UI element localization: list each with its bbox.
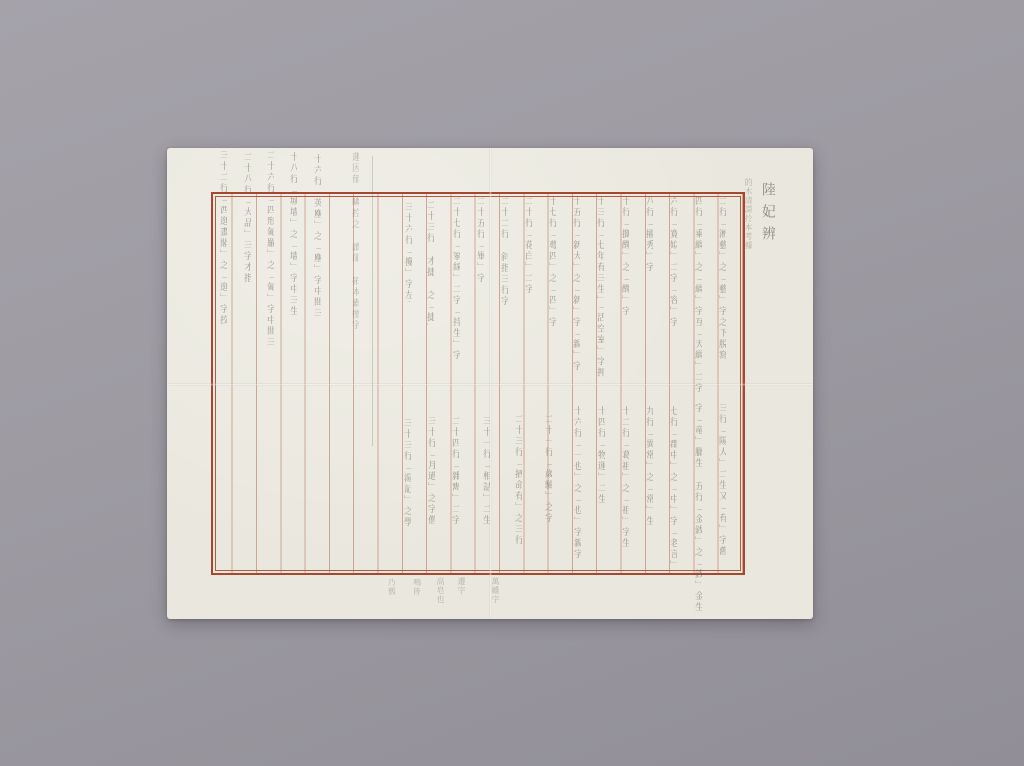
entry-column: 二十行「花白」二字 [523, 196, 532, 316]
manuscript-paper: 陸妃辨 的木清謌扵本考據 二行「淅藝」之「藝」字之下脫寫 四行「乘綢」之「綢」字… [167, 148, 813, 619]
entry-column: 二十二行 斜指三行字 [499, 196, 508, 341]
entry-column: 八行「擢秀」字 [644, 196, 653, 306]
entry-column: 三十行「月遒」之字僧 [426, 416, 435, 591]
entry-column: 三十六行「攙」字左上 [403, 202, 412, 302]
entry-column: 二十七行「冢綵」二字「持生」字 [451, 196, 460, 371]
entry-column: 十五行「新大」之「新」字「親」字 [571, 196, 580, 411]
entry-column: 十四行「物運」二生 [596, 406, 605, 521]
entry-column: 字「竜」臘生 五行「金銭」之「銭」金生 [693, 403, 702, 615]
photo-backdrop: 陸妃辨 的木清謌扵本考據 二行「淅藝」之「藝」字之下脫寫 四行「乘綢」之「綢」字… [0, 0, 1024, 766]
entry-column: 六行「寛姒」二字「容」字 [668, 196, 677, 366]
entry-column: 十行「撕醳」之「醳」字 [620, 196, 629, 346]
entry-column: 三行「陽人」二生又「有」字舊 [717, 403, 726, 620]
entry-column: 十六行「一也」之「也」字親字 [572, 406, 581, 586]
overflow-note: 乃舊 [387, 578, 398, 616]
entry-column: 二十三行「拪命有」之三行 [513, 414, 522, 569]
entry-column: 二十一行「歲驗」之字 [543, 414, 552, 554]
entry-column: 二十四行「雜寯」二字 [450, 416, 459, 546]
overflow-note: 萬雖字 [491, 577, 499, 617]
margin-title: 陸妃辨 [761, 182, 775, 274]
margin-note: 的木清謌扵本考據 [744, 178, 752, 328]
overflow-note: 鳴皆 [411, 578, 421, 616]
overflow-note: 高皂也 [436, 577, 444, 617]
entry-column: 蓮因郁 暽控之 讀卻 拓本素擅字 [350, 152, 359, 482]
entry-column: 十六行「英塵」之「塵」字中間三 [312, 154, 321, 429]
entry-column: 三十三行「湯記」之學 [402, 418, 411, 583]
entry-column: 二十八行「大品」三字才指 [242, 152, 251, 367]
overflow-note: 遷字 [457, 577, 465, 617]
entry-column: 三十二行「西逛畫閣」之「逛」字挍 [218, 150, 227, 465]
entry-column: 九行「異常」之「常」生 [644, 406, 653, 551]
entry-column: 二十六行「四形匍羅」之「匍」字中間三 [265, 150, 274, 455]
entry-column: 二十五行「畢」字 [475, 196, 484, 306]
stray-pencil-line [372, 156, 373, 446]
entry-column: 三十一行「相詰」二生 [481, 416, 490, 551]
entry-column: 七行「郡中」之「中」字「老言」 [668, 406, 677, 576]
entry-column: 十三行「七年有三生」「活空室」字押 [595, 196, 604, 426]
entry-column: 十二行「葛祖」之「祖」字生 [620, 406, 629, 561]
entry-column: 四行「乘綢」之「綢」字互「天綢」二字 [693, 196, 702, 421]
entry-column: 十七行「蕚四」之「四」字 [547, 196, 556, 336]
entry-column: 十八行「城墻」之「墻」字中三生 [288, 152, 297, 437]
entry-column: 二行「淅藝」之「藝」字之下脫寫 [717, 196, 726, 406]
entry-column: 二十三行 才捷 之「捷」字 [425, 200, 434, 325]
